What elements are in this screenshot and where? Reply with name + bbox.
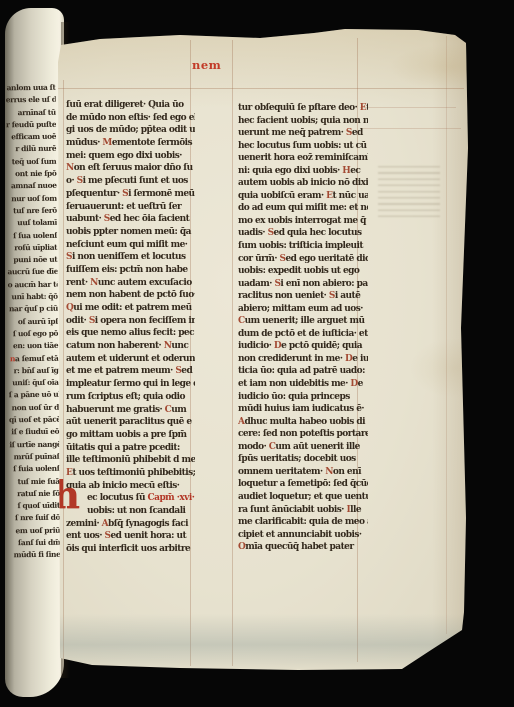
text-line: loquetur a ſemetipō: ſed q̄cūq̄ [238, 478, 368, 491]
text-line: aūt uenerit paraclitus quē e [66, 416, 195, 429]
text-line: tuſ mie ſuā [10, 475, 60, 488]
text-line: em uoſ priū [10, 524, 60, 537]
text-line: Adhuc multa habeo uobis di [238, 416, 368, 429]
text-line: uuſ tolamī [7, 217, 57, 230]
parchment-stain [410, 338, 500, 398]
text-line: ſ quoſ uīdit [10, 500, 60, 513]
text-line: Cum uenerit; ille arguet mū [238, 315, 368, 328]
text-line: impleatur ſermo qui in lege eō [66, 378, 195, 391]
text-line: r feudū puſte [6, 119, 56, 132]
text-line: non crediderunt in me· De iuſ [238, 353, 368, 366]
text-line: mūdi huius iam iudicatus ē· [238, 403, 368, 416]
ruling-line-vertical-1 [63, 80, 64, 664]
text-line: quia uobiſcū eram· Et nūc ua [238, 190, 368, 203]
parchment-stain [390, 44, 510, 90]
text-line: uobis: ut non ſcandali [66, 505, 195, 518]
text-line: tur obſequiū ſe pſtare deo· Et [238, 102, 368, 115]
ruling-line-vertical-3 [232, 40, 233, 666]
text-line: do ad eum qui miſit me: et ne [238, 202, 368, 215]
text-line: mei: quem ego dixi uobis· [66, 150, 195, 163]
text-line: teq̄ uoſ ſum [6, 156, 56, 169]
text-line: arnīnaſ tū [6, 106, 56, 119]
text-line: r: bn̄ſ auſ īg [8, 365, 58, 378]
text-line: ſpūs ueritatis; docebit uos [238, 453, 368, 466]
text-line: cor ūrm̄· Sed ego ueritatē dico [238, 253, 368, 266]
text-line: uerunt me neq̄ patrem· Sed [238, 127, 368, 140]
running-title: nem [192, 58, 221, 72]
manuscript-page: nem ſuū erat diligeret· Quia ūode mūdo n… [40, 28, 468, 672]
facing-page-text: anlom uua ſterrus ele uſ darnīnaſ tūr fe… [5, 82, 60, 562]
text-line: modo· Cum aūt uenerit ille [238, 441, 368, 454]
ruling-line-horizontal-2 [360, 107, 456, 108]
text-line: cipiet et annunciabit uobis· [238, 529, 368, 542]
ruling-line-horizontal-1 [58, 88, 464, 89]
text-line: iſ urtīe nangē [9, 438, 59, 451]
text-line: ont nie ſpō [6, 168, 56, 181]
text-line: r dilū nurē [6, 143, 56, 156]
text-line: uabunt· Sed hec ōia facient [66, 213, 195, 226]
text-line: ratuſ nie ſō [10, 488, 60, 501]
text-line: ni: quia ego dixi uobis· Hec [238, 165, 368, 178]
text-line: ſ nre ſuiſ dō [10, 512, 60, 525]
text-line: nem non habent de pctō ſuo· [66, 289, 195, 302]
text-line: ſ uoſ ego pō [8, 328, 58, 341]
text-line: uniſ: q̄uſ oīa [9, 377, 59, 390]
text-line: qī uoſ et pācē [9, 414, 59, 427]
text-line: mūdū fi ſine [10, 549, 60, 562]
text-line: ſum uobis: triſticia impleuit [238, 240, 368, 253]
text-line: Et uos teſtimoniū phibebitis; [66, 467, 195, 480]
text-line: Si non ueniſſem et locutus [66, 251, 195, 264]
text-line: odit· Si opera non feciſſem in [66, 315, 195, 328]
text-line: aucrū ſue dīe [7, 266, 57, 279]
text-line: ſeruauerunt: et ueſtrū ſer [66, 201, 195, 214]
text-line: mūdus· Mementote ſermōis [66, 137, 195, 150]
text-line: et me et patrem meum· Sed ut [66, 365, 195, 378]
text-line: gi uos de mūdo; pp̄tea odit uoſ [66, 124, 195, 137]
page-shading-right [432, 28, 468, 672]
text-line: abiero; mittam eum ad uos· [238, 303, 368, 316]
ruling-line-horizontal-3 [360, 128, 461, 129]
text-line: puni nōe ut [7, 254, 57, 267]
text-line: catum non haberent· Nunc [66, 340, 195, 353]
manuscript-photo: anlom uua ſterrus ele uſ darnīnaſ tūr fe… [0, 0, 514, 707]
text-line: ent uos· Sed uenit hora: ut [66, 530, 195, 543]
text-line: uobis: expedit uobis ut ego [238, 265, 368, 278]
text-line: mrūſ puīnaſ [9, 451, 59, 464]
text-line: eis que nemo alius fecit: pec [66, 327, 195, 340]
text-line: nur uoſ ſom [7, 192, 57, 205]
text-line: ūitatis qui a patre pcedit: [66, 442, 195, 455]
text-line: anlom uua ſt [5, 82, 55, 95]
text-line: omnem ueritatem· Non enī [238, 466, 368, 479]
text-line: uadam· Si enī non abiero: pa [238, 278, 368, 291]
text-line: na ſemuſ etā [8, 352, 58, 365]
text-line: ec locutus ſū Capm̄ ·xvi· [66, 492, 195, 505]
text-line: quia ab inicio mecū eſtis· [66, 480, 195, 493]
text-line: audiet loquetur; et que uentu [238, 491, 368, 504]
text-line: me clarificabit: quia de meo ac [238, 516, 368, 529]
text-line: habuerunt me gratis· Cum [66, 404, 195, 417]
text-line: nar q̄uſ p ciū [8, 303, 58, 316]
text-line: errus ele uſ d [6, 94, 56, 107]
text-line: ille teſtimoniū phibebit d me· [66, 454, 195, 467]
text-column-right: tur obſequiū ſe pſtare deo· Ethec facien… [238, 102, 368, 558]
text-line: de mūdo non eſtis· ſed ego ele [66, 112, 195, 125]
facing-page-edge: anlom uua ſterrus ele uſ darnīnaſ tūr fe… [5, 8, 64, 697]
text-line: Omīa quecūq̄ habet pater [238, 541, 368, 554]
text-line: Non eſt ſeruus maior dn̄o ſu [66, 162, 195, 175]
text-line: ſ fuia uolenſ [9, 463, 59, 476]
text-line: neſciunt eum qui miſit me· [66, 239, 195, 252]
text-line: ſanſ ſui dm̄ [10, 537, 60, 550]
text-line: zemini· Abſq̄ ſynagogis faci [66, 518, 195, 531]
text-line: rent· Nunc autem excuſacio [66, 277, 195, 290]
text-line: efficam uoē [6, 131, 56, 144]
text-line: ticia ūo: quia ad patrē uado: [238, 365, 368, 378]
ruling-line-vertical-5 [446, 36, 447, 634]
text-line: mo ex uobis interrogat me q̄ [238, 215, 368, 228]
text-line: go mittam uobis a pre ſpm̄ [66, 429, 195, 442]
page-shading-top [40, 28, 468, 108]
text-line: autem et uiderunt et oderunt [66, 353, 195, 366]
text-line: unī habt: q̄ō [8, 291, 58, 304]
text-column-left: ſuū erat diligeret· Quia ūode mūdo non e… [66, 99, 195, 561]
text-line: rum ſcriptus eſt; quia odio [66, 391, 195, 404]
text-line: o· Si me pſecuti ſunt et uos [66, 175, 195, 188]
text-line: dum de pctō et de iuſticia· et de [238, 328, 368, 341]
text-line: iudicio ūo: quia princeps [238, 391, 368, 404]
text-line: pſequentur· Si ſermonē meū [66, 188, 195, 201]
text-line: roſū uīpliat [7, 242, 57, 255]
text-line: non uoſ ūr d [9, 401, 59, 414]
text-line: en: uon tiāe [8, 340, 58, 353]
text-line: raclitus non ueniet· Si autē [238, 290, 368, 303]
text-line: amnaſ nuoe [7, 180, 57, 193]
text-line: ōis qui interficit uos arbitre [66, 543, 195, 556]
text-line: iſ e ſiuduī eō [9, 426, 59, 439]
text-line: uadis· Sed quia hec locutus [238, 227, 368, 240]
text-line: Qui me odit: et patrem meū [66, 302, 195, 315]
text-line: uenerit hora eoz̄ reminiſcamī [238, 152, 368, 165]
text-line: ſ a pāne uō uī [9, 389, 59, 402]
text-line: tuſ nre ſerō [7, 205, 57, 218]
text-line: iudicio· De pctō quidē; quia [238, 340, 368, 353]
text-line: autem uobis ab inicio nō dixi: [238, 177, 368, 190]
show-through-patch [378, 166, 440, 218]
text-line: ra ſunt ānūciabit uobis· Ille [238, 504, 368, 517]
text-line: uobis ppter nomen meū: q̄a [66, 226, 195, 239]
text-line: hec locutus ſum uobis: ut cū [238, 140, 368, 153]
text-line: ſuū erat diligeret· Quia ūo [66, 99, 195, 112]
page-shading-bottom [40, 614, 468, 670]
text-line: cere: ſed non poteſtis portare [238, 428, 368, 441]
text-line: hec facient uobis; quia non no [238, 115, 368, 128]
text-line: ſ ſua uolenſ [7, 229, 57, 242]
text-line: oſ aurū īpſ [8, 315, 58, 328]
text-line: o aucm̄ har tē [8, 278, 58, 291]
text-line: et iam non uidebitis me· De [238, 378, 368, 391]
text-line: fuiſſem eis: pctm̄ non habe [66, 264, 195, 277]
